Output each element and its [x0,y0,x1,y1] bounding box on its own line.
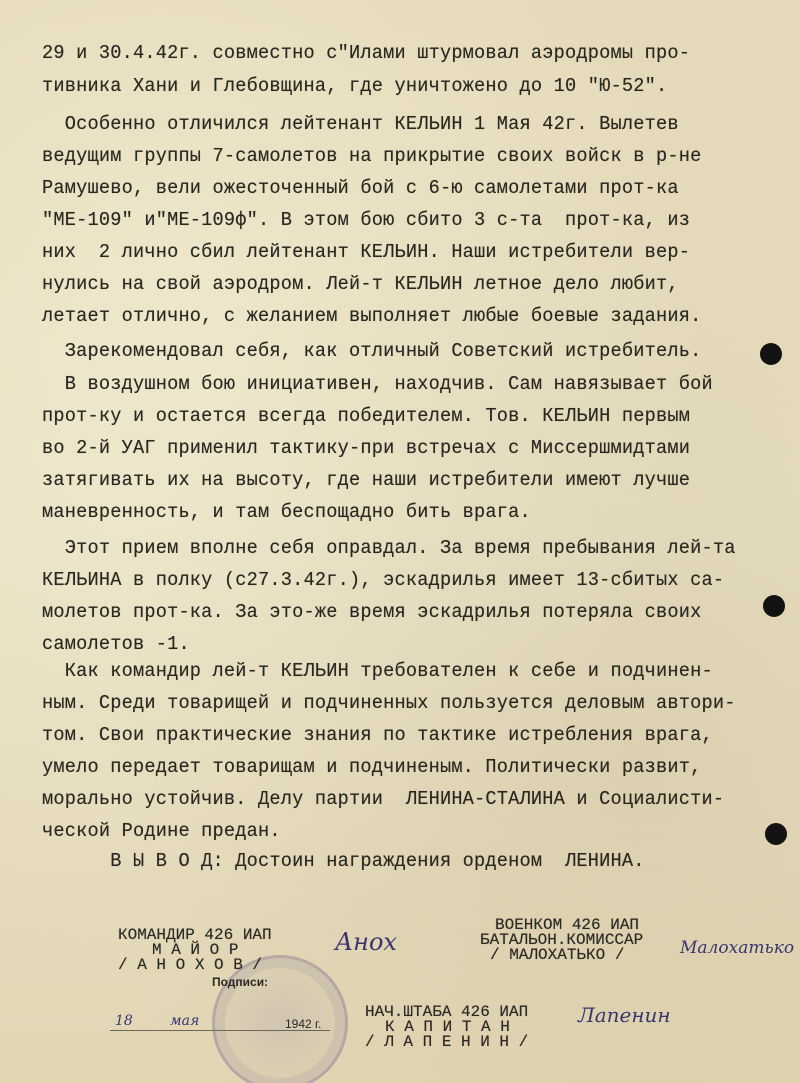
body-line: морально устойчив. Делу партии ЛЕНИНА-СТ… [42,788,724,810]
body-line: Этот прием вполне себя оправдал. За врем… [42,537,736,559]
body-line: нулись на свой аэродром. Лей-т КЕЛЬИН ле… [42,273,679,295]
chief-of-staff-signature: Лапенин [578,1003,671,1027]
body-line: Рамушево, вели ожесточенный бой с 6-ю са… [42,177,679,199]
commander-signature: Анох [335,928,397,956]
body-line: КЕЛЬИНА в полку (с27.3.42г.), эскадрилья… [42,569,724,591]
date-year: 1942 г. [285,1017,321,1031]
punch-hole [760,343,782,365]
chief-of-staff-name: / Л А П Е Н И Н / [365,1035,528,1050]
commissar-name: / МАЛОХАТЬКО / [490,948,624,963]
body-line: них 2 лично сбил лейтенант КЕЛЬИН. Наши … [42,241,690,263]
body-line: ведущим группы 7-самолетов на прикрытие … [42,145,701,167]
date-month: мая [170,1013,199,1029]
body-line: Зарекомендовал себя, как отличный Советс… [42,340,701,362]
body-line: ным. Среди товарищей и подчиненных польз… [42,692,736,714]
punch-hole [765,823,787,845]
body-line: летает отлично, с желанием выполняет люб… [42,305,701,327]
body-line: самолетов -1. [42,633,190,655]
body-line: "МЕ-109" и"МЕ-109ф". В этом бою сбито 3 … [42,209,690,231]
body-line: умело передает товарищам и подчиненым. П… [42,756,701,778]
commander-name: / А Н О Х О В / [118,958,262,973]
body-line: тивника Хани и Глебовщина, где уничтожен… [42,75,667,97]
body-line: во 2-й УАГ применил тактику-при встречах… [42,437,690,459]
signatures-label: Подписи: [212,975,268,989]
body-line: Особенно отличился лейтенант КЕЛЬИН 1 Ма… [42,113,679,135]
body-line: молетов прот-ка. За это-же время эскадри… [42,601,701,623]
body-line: В Ы В О Д: Достоин награждения орденом Л… [42,850,645,872]
body-line: 29 и 30.4.42г. совместно с"Илами штурмов… [42,42,690,64]
body-line: том. Свои практические знания по тактике… [42,724,713,746]
body-line: ческой Родине предан. [42,820,281,842]
date-day: 18 [115,1013,133,1029]
punch-hole [763,595,785,617]
body-line: затягивать их на высоту, где наши истреб… [42,469,690,491]
body-line: В воздушном бою инициативен, находчив. С… [42,373,713,395]
body-line: маневренность, и там беспощадно бить вра… [42,501,531,523]
body-line: прот-ку и остается всегда победителем. Т… [42,405,690,427]
commissar-signature: Малохатько [680,938,794,958]
body-line: Как командир лей-т КЕЛЬИН требователен к… [42,660,713,682]
